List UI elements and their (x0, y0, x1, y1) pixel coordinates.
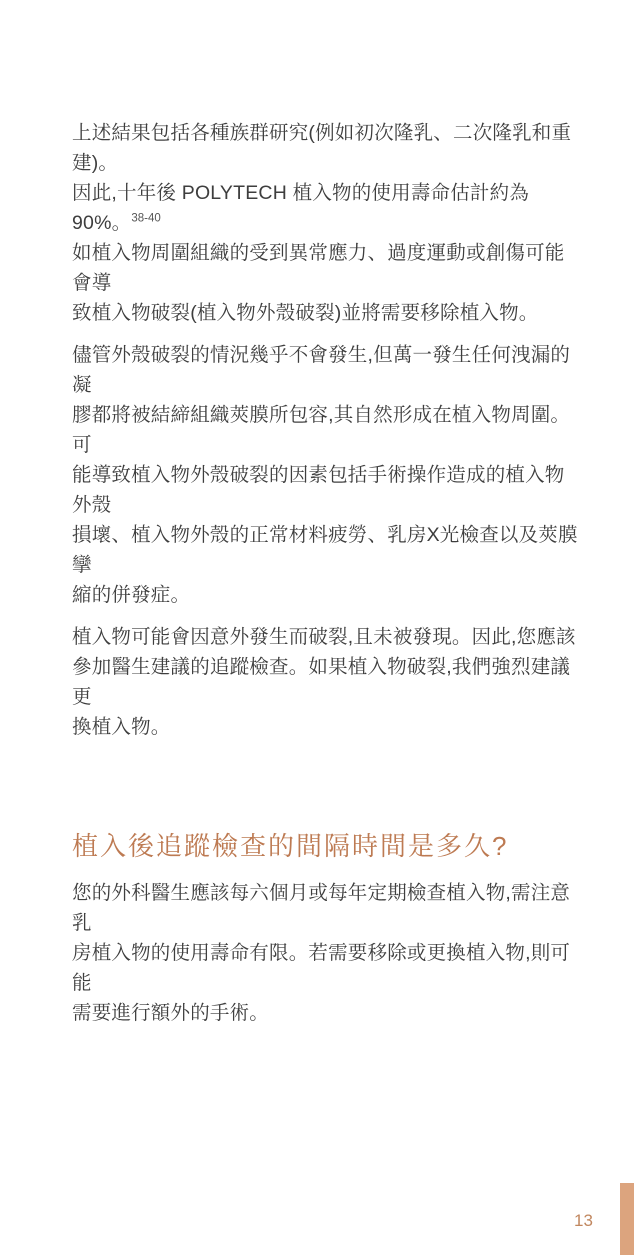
body-paragraph-1: 上述結果包括各種族群研究(例如初次隆乳、二次隆乳和重建)。 因此,十年後 POL… (72, 118, 584, 328)
section-heading: 植入後追蹤檢查的間隔時間是多久? (72, 828, 584, 864)
footnote-reference: 38-40 (131, 213, 160, 225)
content-area: 上述結果包括各種族群研究(例如初次隆乳、二次隆乳和重建)。 因此,十年後 POL… (72, 118, 584, 1040)
body-paragraph-3: 植入物可能會因意外發生而破裂,且未被發現。因此,您應該 參加醫生建議的追蹤檢查。… (72, 622, 584, 742)
body-paragraph-2: 儘管外殼破裂的情況幾乎不會發生,但萬一發生任何洩漏的凝 膠都將被結締組織莢膜所包… (72, 340, 584, 610)
page-number: 13 (574, 1211, 593, 1231)
side-accent-bar (620, 1183, 634, 1255)
body-paragraph-4: 您的外科醫生應該每六個月或每年定期檢查植入物,需注意乳 房植入物的使用壽命有限。… (72, 878, 584, 1028)
paragraph-1-text-after-footnote: 如植入物周圍組織的受到異常應力、過度運動或創傷可能會導 致植入物破裂(植入物外殼… (72, 242, 565, 324)
document-page: 上述結果包括各種族群研究(例如初次隆乳、二次隆乳和重建)。 因此,十年後 POL… (0, 0, 634, 1255)
